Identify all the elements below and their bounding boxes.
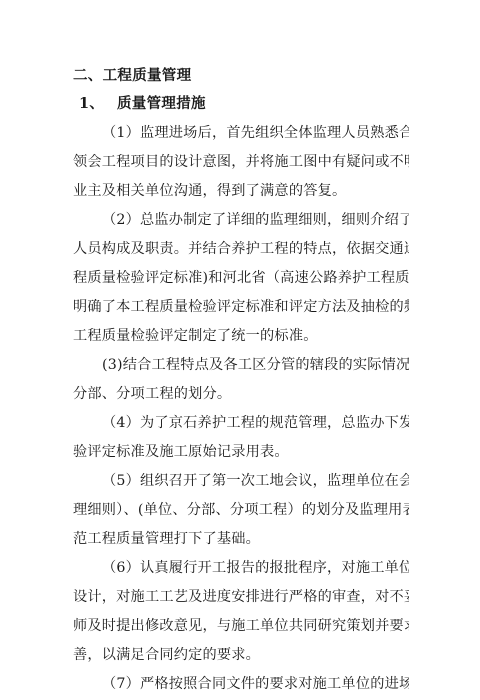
paragraph-line: 人员构成及职责。并结合养护工程的特点，依据交通运输部(公路工 bbox=[73, 235, 409, 264]
paragraph-line: 善，以满足合同约定的要求。 bbox=[73, 641, 409, 670]
paragraph-line: （4）为了京石养护工程的规范管理，总监办下发了工程质量检 bbox=[73, 409, 409, 438]
paragraph-6: （6）认真履行开工报告的报批程序，对施工单位上报施工组织 设计，对施工工艺及进度… bbox=[73, 554, 409, 670]
subsection-heading: 1、质量管理措施 bbox=[79, 90, 409, 118]
paragraph-line: 领会工程项目的设计意图，并将施工图中有疑问或不明确的问题通过 bbox=[73, 148, 409, 177]
paragraph-line: (3)结合工程特点及各工区分管的辖段的实际情况进行了单位、 bbox=[73, 351, 409, 380]
paragraph-line: 设计，对施工工艺及进度安排进行严格的审查，对不妥之处监理工程 bbox=[73, 583, 409, 612]
paragraph-line: 范工程质量管理打下了基础。 bbox=[73, 525, 409, 554]
subsection-number: 1、 bbox=[79, 90, 117, 118]
document-page: 二、工程质量管理 1、质量管理措施 （1）监理进场后，首先组织全体监理人员熟悉合… bbox=[73, 62, 409, 699]
paragraph-line: 师及时提出修改意见，与施工单位共同研究策划并要求进行修改与完 bbox=[73, 612, 409, 641]
paragraph-line: 业主及相关单位沟通，得到了满意的答复。 bbox=[73, 177, 409, 206]
paragraph-line: 验评定标准及施工原始记录用表。 bbox=[73, 438, 409, 467]
paragraph-3: (3)结合工程特点及各工区分管的辖段的实际情况进行了单位、 分部、分项工程的划分… bbox=[73, 351, 409, 409]
paragraph-line: （2）总监办制定了详细的监理细则，细则介绍了监理组织机构、 bbox=[73, 206, 409, 235]
paragraph-line: （1）监理进场后，首先组织全体监理人员熟悉合同文件，全面 bbox=[73, 119, 409, 148]
paragraph-5: （5）组织召开了第一次工地会议，监理单位在会上通报了（监 理细则）、(单位、分部… bbox=[73, 467, 409, 554]
paragraph-line: （6）认真履行开工报告的报批程序，对施工单位上报施工组织 bbox=[73, 554, 409, 583]
paragraph-line: 分部、分项工程的划分。 bbox=[73, 380, 409, 409]
paragraph-2: （2）总监办制定了详细的监理细则，细则介绍了监理组织机构、 人员构成及职责。并结… bbox=[73, 206, 409, 351]
paragraph-1: （1）监理进场后，首先组织全体监理人员熟悉合同文件，全面 领会工程项目的设计意图… bbox=[73, 119, 409, 206]
section-heading: 二、工程质量管理 bbox=[73, 62, 409, 90]
paragraph-line: 工程质量检验评定制定了统一的标准。 bbox=[73, 322, 409, 351]
paragraph-7: （7）严格按照合同文件的要求对施工单位的进场人员情况和机 bbox=[73, 670, 409, 699]
paragraph-4: （4）为了京石养护工程的规范管理，总监办下发了工程质量检 验评定标准及施工原始记… bbox=[73, 409, 409, 467]
paragraph-line: 理细则）、(单位、分部、分项工程）的划分及监理用表。为下一步规 bbox=[73, 496, 409, 525]
paragraph-line: （7）严格按照合同文件的要求对施工单位的进场人员情况和机 bbox=[73, 670, 409, 699]
paragraph-line: （5）组织召开了第一次工地会议，监理单位在会上通报了（监 bbox=[73, 467, 409, 496]
paragraph-line: 明确了本工程质量检验评定标准和评定方法及抽检的频率。对下一步 bbox=[73, 293, 409, 322]
subsection-title: 质量管理措施 bbox=[117, 95, 206, 112]
paragraph-line: 程质量检验评定标准)和河北省（高速公路养护工程质量检验标准）， bbox=[73, 264, 409, 293]
